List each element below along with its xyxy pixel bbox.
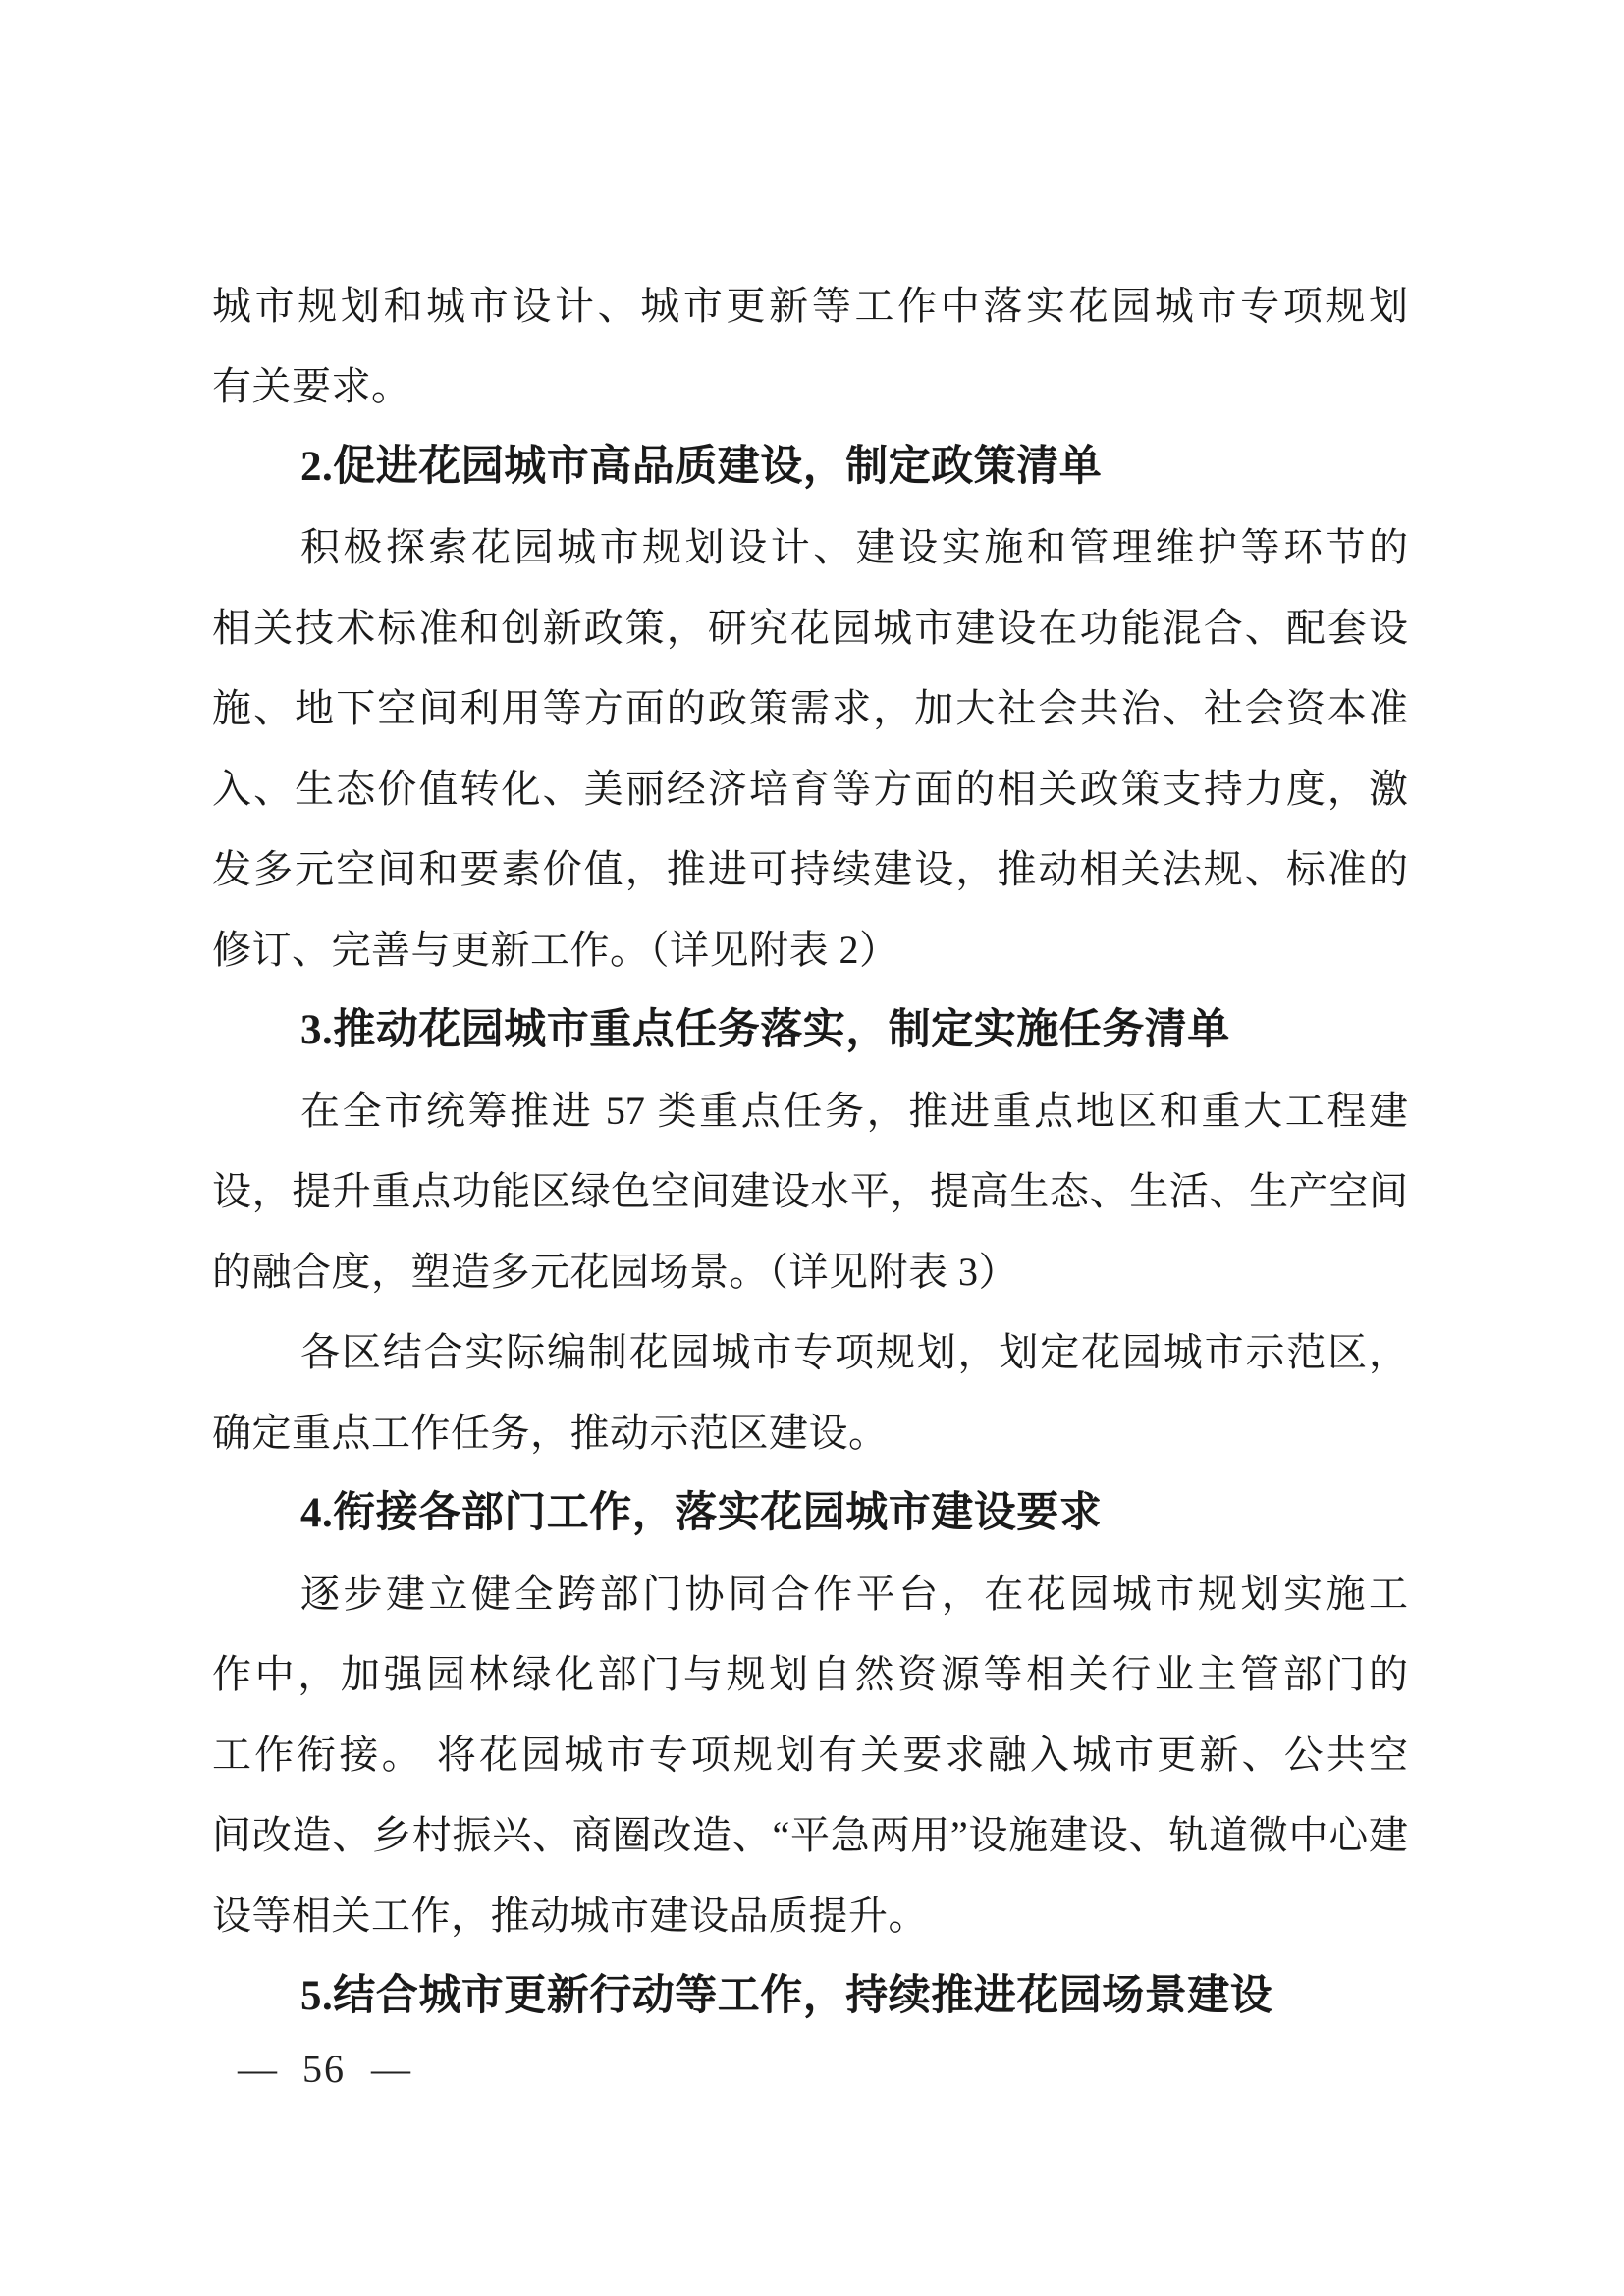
text-line: 城市规划和城市设计、城市更新等工作中落实花园城市专项规划: [212, 266, 1408, 347]
text-line: 设等相关工作，推动城市建设品质提升。: [212, 1876, 1408, 1956]
page-number: 56: [302, 2047, 346, 2091]
text-line: 发多元空间和要素价值，推进可持续建设，推动相关法规、标准的: [212, 829, 1408, 910]
text-line: 5.结合城市更新行动等工作，持续推进花园场景建设: [212, 1956, 1408, 2037]
text-line: 各区结合实际编制花园城市专项规划，划定花园城市示范区，: [212, 1312, 1408, 1393]
text-line: 设，提升重点功能区绿色空间建设水平，提高生态、生活、生产空间: [212, 1151, 1408, 1232]
text-line: 4.衔接各部门工作，落实花园城市建设要求: [212, 1473, 1408, 1554]
document-page: 城市规划和城市设计、城市更新等工作中落实花园城市专项规划 有关要求。 2.促进花…: [0, 0, 1624, 2296]
text-line: 有关要求。: [212, 347, 1408, 427]
text-line: 间改造、乡村振兴、商圈改造、“平急两用”设施建设、轨道微中心建: [212, 1795, 1408, 1876]
text-line: 入、生态价值转化、美丽经济培育等方面的相关政策支持力度，激: [212, 749, 1408, 829]
text-line: 的融合度，塑造多元花园场景。（详见附表 3）: [212, 1232, 1408, 1312]
text-line: 在全市统筹推进 57 类重点任务，推进重点地区和重大工程建: [212, 1071, 1408, 1151]
document-body: 城市规划和城市设计、城市更新等工作中落实花园城市专项规划 有关要求。 2.促进花…: [212, 266, 1408, 2037]
text-line: 确定重点工作任务，推动示范区建设。: [212, 1393, 1408, 1473]
text-line: 修订、完善与更新工作。（详见附表 2）: [212, 910, 1408, 990]
text-line: 积极探索花园城市规划设计、建设实施和管理维护等环节的: [212, 507, 1408, 588]
footer-right-dash: —: [371, 2047, 410, 2091]
footer-left-dash: —: [238, 2047, 277, 2091]
text-line: 作中，加强园林绿化部门与规划自然资源等相关行业主管部门的: [212, 1634, 1408, 1715]
text-line: 相关技术标准和创新政策，研究花园城市建设在功能混合、配套设: [212, 588, 1408, 668]
text-line: 2.促进花园城市高品质建设，制定政策清单: [212, 427, 1408, 507]
text-line: 逐步建立健全跨部门协同合作平台，在花园城市规划实施工: [212, 1554, 1408, 1634]
text-line: 工作衔接。 将花园城市专项规划有关要求融入城市更新、公共空: [212, 1715, 1408, 1795]
text-line: 施、地下空间利用等方面的政策需求，加大社会共治、社会资本准: [212, 668, 1408, 749]
page-footer: —56—: [238, 2050, 410, 2109]
text-line: 3.推动花园城市重点任务落实，制定实施任务清单: [212, 990, 1408, 1071]
